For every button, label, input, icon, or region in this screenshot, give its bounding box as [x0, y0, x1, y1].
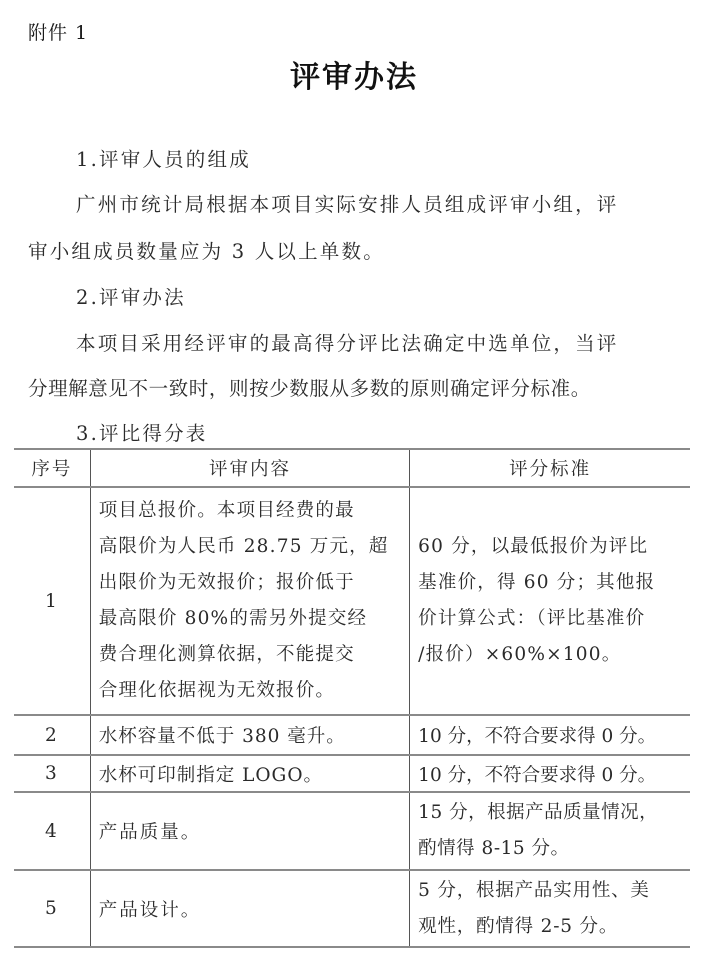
- row-number: 1: [14, 487, 90, 715]
- table-row: 4 产品质量。 15 分，根据产品质量情况， 酌情得 8-15 分。: [14, 792, 690, 870]
- row-number: 3: [14, 755, 90, 792]
- row-content: 项目总报价。本项目经费的最 高限价为人民币 28.75 万元，超 出限价为无效报…: [90, 487, 409, 715]
- header-scoring-standard: 评分标准: [410, 449, 690, 487]
- section-2-heading: 2.评审办法: [76, 282, 708, 310]
- table-header-row: 序号 评审内容 评分标准: [14, 449, 690, 487]
- table-row: 5 产品设计。 5 分，根据产品实用性、美 观性，酌情得 2-5 分。: [14, 870, 690, 947]
- row-number: 2: [14, 715, 90, 755]
- section-1-heading: 1.评审人员的组成: [76, 144, 708, 172]
- table-row: 3 水杯可印制指定 LOGO。 10 分，不符合要求得 0 分。: [14, 755, 690, 792]
- row-standard: 15 分，根据产品质量情况， 酌情得 8-15 分。: [410, 792, 690, 870]
- row-standard: 10 分，不符合要求得 0 分。: [410, 755, 690, 792]
- header-review-content: 评审内容: [90, 449, 409, 487]
- page-title: 评审办法: [0, 52, 708, 96]
- row-content: 产品设计。: [90, 870, 409, 947]
- row-content: 水杯可印制指定 LOGO。: [90, 755, 409, 792]
- row-standard: 5 分，根据产品实用性、美 观性，酌情得 2-5 分。: [410, 870, 690, 947]
- row-content: 水杯容量不低于 380 毫升。: [90, 715, 409, 755]
- section-1-body-line-1: 广州市统计局根据本项目实际安排人员组成评审小组，评: [76, 189, 708, 217]
- section-2-body-line-1: 本项目采用经评审的最高得分评比法确定中选单位，当评: [76, 328, 708, 356]
- section-1-body-line-2: 审小组成员数量应为 3 人以上单数。: [28, 236, 688, 264]
- row-number: 4: [14, 792, 90, 870]
- row-standard: 10 分，不符合要求得 0 分。: [410, 715, 690, 755]
- scoring-table: 序号 评审内容 评分标准 1 项目总报价。本项目经费的最 高限价为人民币 28.…: [14, 448, 690, 948]
- section-2-body-line-2: 分理解意见不一致时，则按少数服从多数的原则确定评分标准。: [28, 373, 688, 401]
- row-number: 5: [14, 870, 90, 947]
- row-content: 产品质量。: [90, 792, 409, 870]
- section-3-heading: 3.评比得分表: [76, 418, 708, 446]
- attachment-label: 附件 1: [28, 18, 88, 45]
- table-row: 1 项目总报价。本项目经费的最 高限价为人民币 28.75 万元，超 出限价为无…: [14, 487, 690, 715]
- header-number: 序号: [14, 449, 90, 487]
- row-standard: 60 分，以最低报价为评比 基准价，得 60 分；其他报 价计算公式：（评比基准…: [410, 487, 690, 715]
- table-row: 2 水杯容量不低于 380 毫升。 10 分，不符合要求得 0 分。: [14, 715, 690, 755]
